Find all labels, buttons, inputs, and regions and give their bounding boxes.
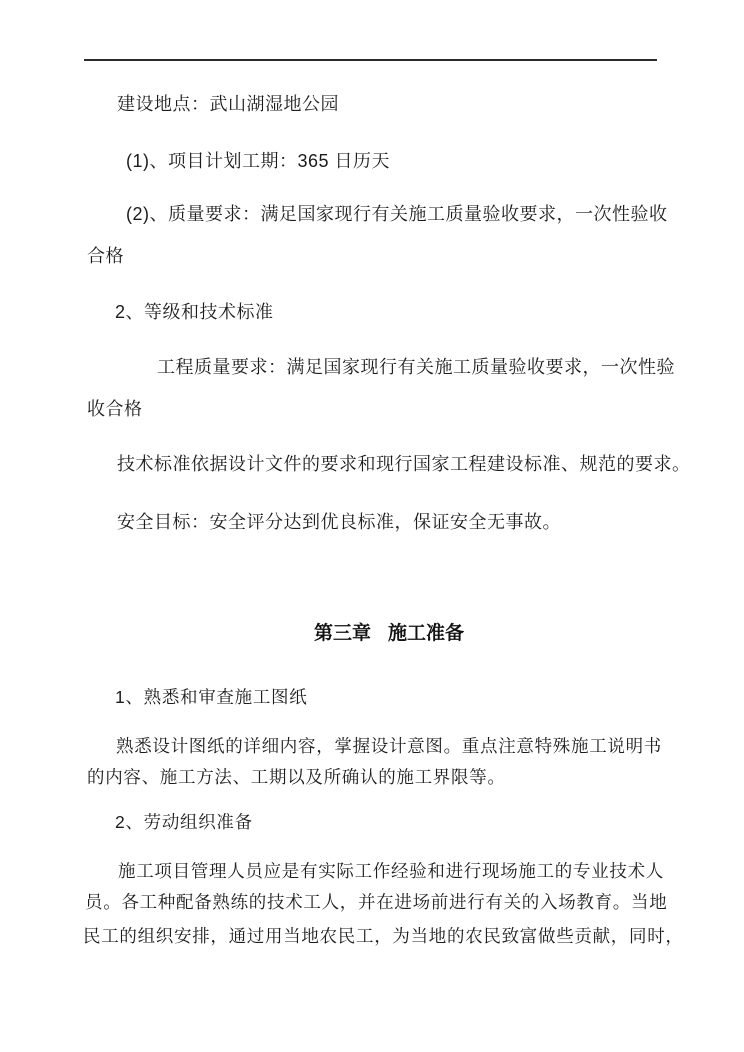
chapter-title: 施工准备 [388,623,464,644]
line-labor-organization-heading: 2、劳动组织准备 [115,810,253,834]
line-construction-site: 建设地点：武山湖湿地公园 [117,92,339,116]
header-rule [84,59,657,61]
line-review-drawings-heading: 1、熟悉和审查施工图纸 [115,685,307,709]
line-project-quality-wrap: 收合格 [87,397,143,421]
line-grade-standard-heading: 2、等级和技术标准 [115,300,274,324]
line-labor-organization-body: 施工项目管理人员应是有实际工作经验和进行现场施工的专业技术人 [118,859,664,883]
line-quality-requirement-wrap: 合格 [87,244,124,268]
line-safety-target: 安全目标：安全评分达到优良标准，保证安全无事故。 [117,510,561,534]
line-review-drawings-body: 熟悉设计图纸的详细内容，掌握设计意图。重点注意特殊施工说明书 [116,734,662,758]
document-page: 建设地点：武山湖湿地公园 (1)、项目计划工期：365 日历天 (2)、质量要求… [0,0,744,1052]
chapter-number: 第三章 [314,623,371,644]
line-project-duration: (1)、项目计划工期：365 日历天 [126,149,390,173]
line-project-quality: 工程质量要求：满足国家现行有关施工质量验收要求，一次性验 [157,355,675,379]
line-quality-requirement: (2)、质量要求：满足国家现行有关施工质量验收要求，一次性验收 [126,202,668,226]
line-technical-standard: 技术标准依据设计文件的要求和现行国家工程建设标准、规范的要求。 [117,452,691,476]
line-review-drawings-wrap: 的内容、施工方法、工期以及所确认的施工界限等。 [87,765,506,789]
line-labor-organization-wrap2: 民工的组织安排，通过用当地农民工，为当地的农民致富做些贡献，同时， [83,924,684,948]
chapter-heading: 第三章施工准备 [314,621,464,647]
line-labor-organization-wrap1: 员。各工种配备熟练的技术工人，并在进场前进行有关的入场教育。当地 [85,890,667,914]
